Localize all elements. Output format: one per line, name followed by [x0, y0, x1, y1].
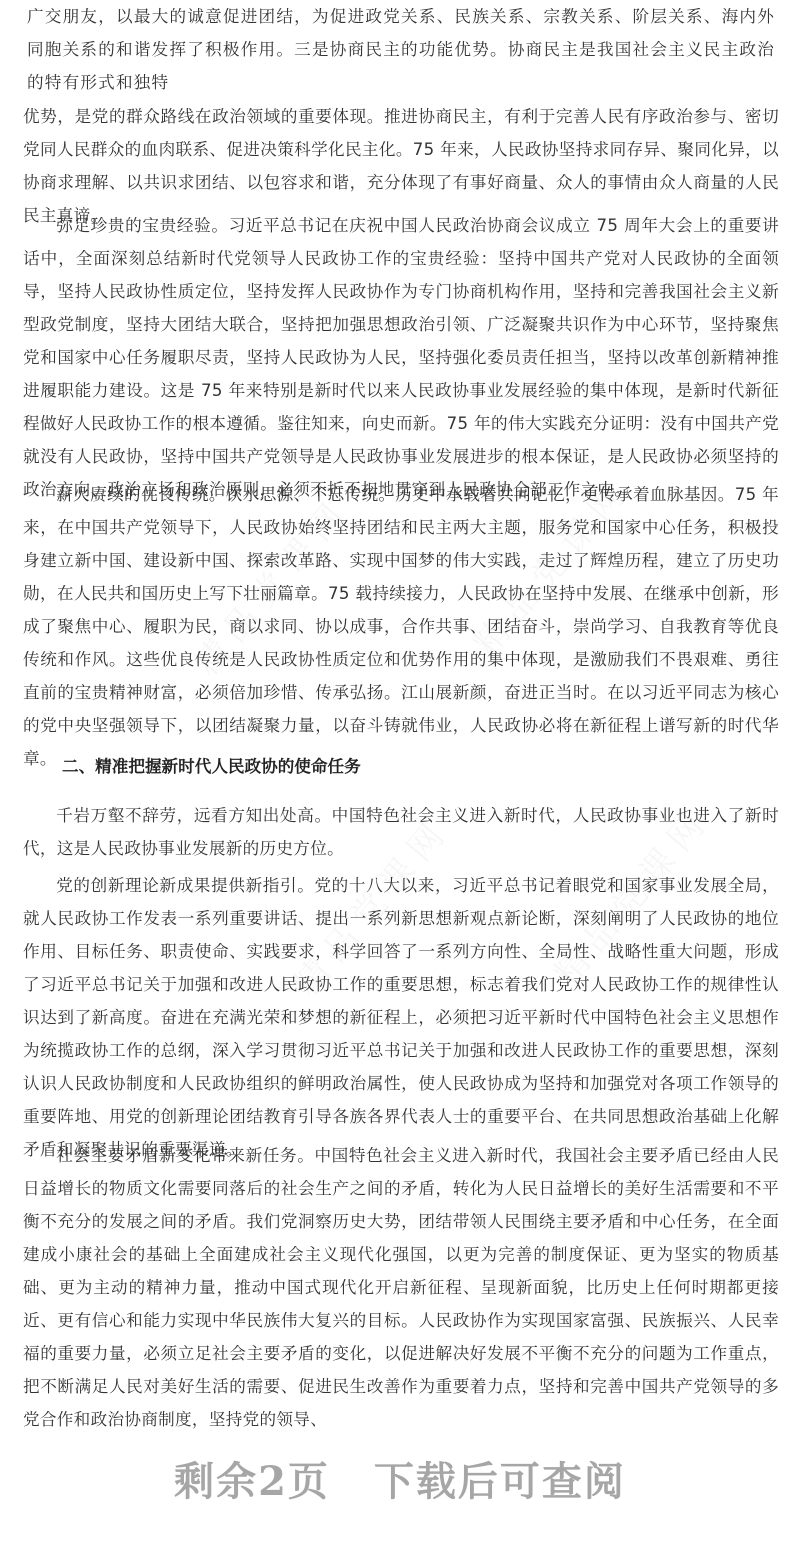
section-heading: 二、精准把握新时代人民政协的使命任务	[62, 750, 361, 783]
download-banner[interactable]: 剩余2页下载后可查阅	[0, 1450, 800, 1507]
continuation-text: 广交朋友，以最大的诚意促进团结，为促进政党关系、民族关系、宗教关系、阶层关系、海…	[27, 0, 775, 99]
download-prompt-label[interactable]: 下载后可查阅	[374, 1458, 626, 1505]
remaining-pages-label: 剩余2页	[174, 1458, 330, 1505]
paragraph: 弥足珍贵的宝贵经验。习近平总书记在庆祝中国人民政治协商会议成立 75 周年大会上…	[23, 209, 779, 506]
paragraph: 党的创新理论新成果提供新指引。党的十八大以来，习近平总书记着眼党和国家事业发展全…	[23, 869, 779, 1166]
paragraph: 千岩万壑不辞劳，远看方知出处高。中国特色社会主义进入新时代，人民政协事业也进入了…	[23, 799, 779, 865]
document-page: 精品党课网 精品党课网 精品党课网 精品党课网 广交朋友，以最大的诚意促进团结，…	[0, 0, 800, 1554]
paragraph: 薪火赓续的优良传统。饮水思源、不忘传统。历史中承载着共同记忆，更传承着血脉基因。…	[23, 478, 779, 775]
paragraph: 社会主要矛盾新变化带来新任务。中国特色社会主义进入新时代，我国社会主要矛盾已经由…	[23, 1139, 779, 1436]
